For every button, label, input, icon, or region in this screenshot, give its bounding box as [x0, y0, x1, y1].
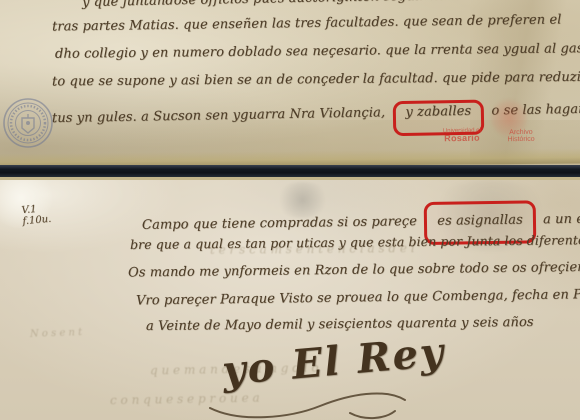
line-segment: a un especie de Costum [543, 210, 580, 227]
highlighted-word: es asignallas [437, 213, 523, 229]
watermark-text: Histórico [497, 136, 545, 144]
manuscript-line: tras partes Matias. que enseñen las tres… [52, 12, 562, 34]
manuscript-line: Vro pareçer Paraque Visto se prouea lo q… [136, 286, 580, 308]
manuscript-line: Os mando me ynformeis en Rzon de lo que … [128, 259, 580, 281]
margin-note: V.1 f.10u. [21, 203, 52, 227]
bottom-manuscript-fragment: t e r s c a m s e n t e n c i a s d e l … [0, 177, 580, 420]
manuscript-scan: y que juntandose officios pues auctorigi… [0, 0, 580, 420]
line-segment: Campo que tiene compradas si os pareçe [142, 214, 417, 233]
circular-stamp-icon [2, 94, 54, 152]
line-segment: tus yn gules. a Sucson sen yguarra Nra V… [52, 105, 385, 126]
manuscript-line: a Veinte de Mayo demil y seisçientos qua… [146, 315, 534, 334]
top-manuscript-fragment: y que juntandose officios pues auctorigi… [0, 0, 580, 166]
signature-flourish-icon [200, 378, 420, 420]
manuscript-line: dho collegio y en numero doblado sea neç… [55, 41, 580, 62]
margin-note-folio: f.10u. [22, 214, 52, 227]
watermark-archivo: Archivo Histórico [497, 129, 545, 145]
divider-bar [0, 165, 580, 177]
watermark-rosario: Universidad el Rosario [436, 128, 488, 145]
watermark-text: Rosario [436, 134, 488, 144]
manuscript-line: to que se supone y asi bien se an de con… [52, 70, 580, 90]
highlighted-word: y zaballes [405, 104, 471, 120]
ghost-text: N o s e n t [30, 327, 83, 340]
manuscript-line: y que juntandose officios pues auctorigi… [82, 0, 507, 10]
